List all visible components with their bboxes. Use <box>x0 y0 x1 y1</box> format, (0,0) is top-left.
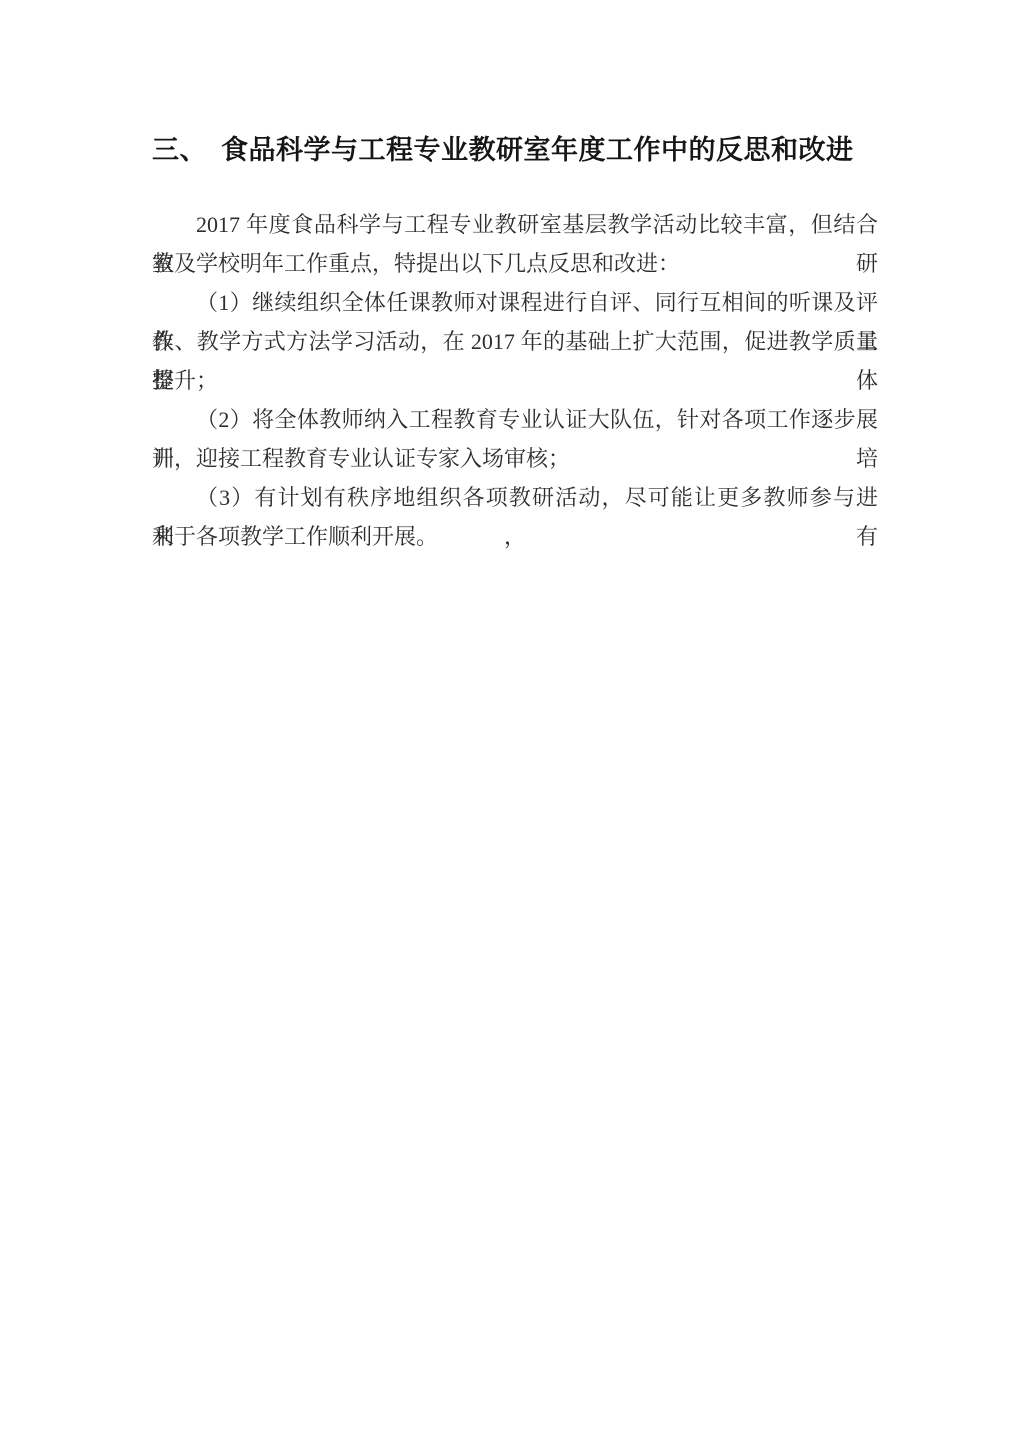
paragraph-item-1: （1）继续组织全体任课教师对课程进行自评、同行互相间的听课及评教工 作、教学方式… <box>152 283 878 400</box>
text-line: （1）继续组织全体任课教师对课程进行自评、同行互相间的听课及评教工 <box>152 283 878 322</box>
section-title: 食品科学与工程专业教研室年度工作中的反思和改进 <box>221 135 854 165</box>
paragraph-intro: 2017 年度食品科学与工程专业教研室基层教学活动比较丰富，但结合教研 室及学校… <box>152 205 878 283</box>
paragraph-item-2: （2）将全体教师纳入工程教育专业认证大队伍，针对各项工作逐步展开培 训，迎接工程… <box>152 400 878 478</box>
paragraph-item-3: （3）有计划有秩序地组织各项教研活动，尽可能让更多教师参与进来，有 利于各项教学… <box>152 478 878 556</box>
text-line: 2017 年度食品科学与工程专业教研室基层教学活动比较丰富，但结合教研 <box>152 205 878 244</box>
document-page: 三、食品科学与工程专业教研室年度工作中的反思和改进 2017 年度食品科学与工程… <box>0 0 1024 1448</box>
section-heading: 三、食品科学与工程专业教研室年度工作中的反思和改进 <box>152 133 878 167</box>
section-number: 三、 <box>152 135 207 165</box>
text-line: （2）将全体教师纳入工程教育专业认证大队伍，针对各项工作逐步展开培 <box>152 400 878 439</box>
document-content: 三、食品科学与工程专业教研室年度工作中的反思和改进 2017 年度食品科学与工程… <box>152 133 878 556</box>
text-line: （3）有计划有秩序地组织各项教研活动，尽可能让更多教师参与进来，有 <box>152 478 878 517</box>
text-line: 作、教学方式方法学习活动，在 2017 年的基础上扩大范围，促进教学质量整体 <box>152 322 878 361</box>
